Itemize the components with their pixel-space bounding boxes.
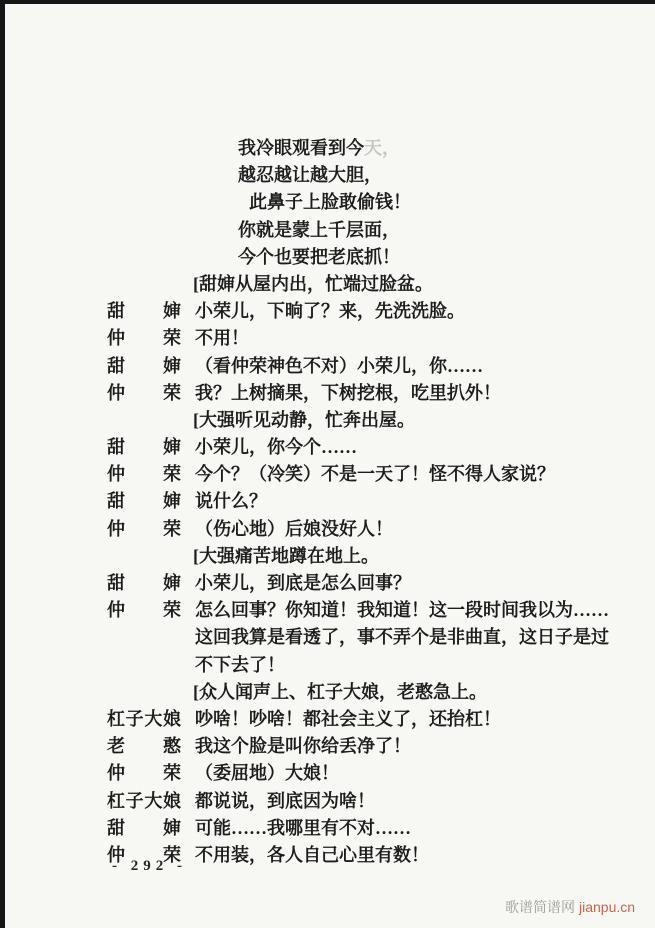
dialogue-row: 甜 婶 小荣儿，你今个…… (0, 434, 655, 461)
script-content: 我冷眼观看到今天， 越忍越让越大胆， 此鼻子上脸敢偷钱！ 你就是蒙上千层面， 今… (0, 135, 655, 869)
verse-line: 我冷眼观看到今天， (238, 135, 655, 162)
stage-direction: [甜婶从屋内出，忙端过脸盆。 (193, 271, 655, 298)
speaker-name: 老 憨 (107, 733, 181, 760)
speaker-name: 甜 婶 (107, 434, 181, 461)
dialogue-row: 仲 荣 （伤心地）后娘没好人！ (0, 516, 655, 543)
speaker-name: 仲 荣 (107, 461, 181, 488)
dialogue-row: 甜 婶 小荣儿，下晌了？来，先洗洗脸。 (0, 298, 655, 325)
speech-text: 我这个脸是叫你给丢净了！ (195, 733, 411, 760)
verse-text-faded: 天， (364, 138, 400, 158)
speech-text: 我？上树摘果，下树挖根，吃里扒外！ (195, 380, 501, 407)
dialogue-row: 甜 婶 小荣儿，到底是怎么回事？ (0, 570, 655, 597)
speech-text: 小荣儿，下晌了？来，先洗洗脸。 (195, 298, 465, 325)
speaker-name: 仲 荣 (107, 597, 181, 624)
watermark-site-name: 歌谱简谱网 (505, 899, 575, 915)
speech-line: 这回我算是看透了，事不弄个是非曲直，这日子是过 (195, 624, 609, 651)
dialogue-row: 仲 荣 不用！ (0, 325, 655, 352)
dialogue-row: 甜 婶 可能……我哪里有不对…… (0, 815, 655, 842)
verse-line: 此鼻子上脸敢偷钱！ (238, 189, 655, 216)
stage-direction: [大强听见动静，忙奔出屋。 (193, 407, 655, 434)
dialogue-row: 仲 荣 我？上树摘果，下树挖根，吃里扒外！ (0, 380, 655, 407)
speaker-name: 甜 婶 (107, 488, 181, 515)
dialogue-row: 甜 婶 说什么？ (0, 488, 655, 515)
speech-text: 都说说，到底因为啥！ (195, 788, 375, 815)
speech-text: （看仲荣神色不对）小荣儿，你…… (195, 353, 483, 380)
speech-text: 吵啥！吵啥！都社会主义了，还抬杠！ (195, 706, 501, 733)
watermark-domain: jianpu.cn (579, 899, 635, 915)
speech-text: （委屈地）大娘！ (195, 760, 339, 787)
dialogue-row: 仲 荣 不用装，各人自己心里有数！ (0, 842, 655, 869)
stage-direction: [众人闻声上、杠子大娘，老憨急上。 (193, 679, 655, 706)
verse-text: 此鼻子上脸敢偷钱！ (249, 192, 411, 212)
speaker-name: 甜 婶 (107, 570, 181, 597)
verse-block: 我冷眼观看到今天， 越忍越让越大胆， 此鼻子上脸敢偷钱！ 你就是蒙上千层面， 今… (238, 135, 655, 271)
speaker-name: 杠子大娘 (107, 788, 181, 815)
speech-text: 今个？（冷笑）不是一天了！怪不得人家说？ (195, 461, 555, 488)
speech-text: 怎么回事？你知道！我知道！这一段时间我以为…… 这回我算是看透了，事不弄个是非曲… (195, 597, 609, 679)
verse-text: 你就是蒙上千层面， (238, 220, 400, 240)
speaker-name: 仲 荣 (107, 760, 181, 787)
speech-text: 小荣儿，到底是怎么回事？ (195, 570, 411, 597)
verse-text: 我冷眼观看到今 (238, 138, 364, 158)
dialogue-row: 仲 荣 怎么回事？你知道！我知道！这一段时间我以为…… 这回我算是看透了，事不弄… (0, 597, 655, 679)
speaker-name: 仲 荣 (107, 516, 181, 543)
scan-edge-top (0, 0, 655, 4)
speech-line: 怎么回事？你知道！我知道！这一段时间我以为…… (195, 597, 609, 624)
speaker-name: 仲 荣 (107, 325, 181, 352)
page-number: - 292 - (112, 858, 187, 875)
dialogue-row: 杠子大娘 都说说，到底因为啥！ (0, 788, 655, 815)
speech-text: 小荣儿，你今个…… (195, 434, 357, 461)
dialogue-row: 仲 荣 （委屈地）大娘！ (0, 760, 655, 787)
speech-text: 不用！ (195, 325, 249, 352)
speech-text: 可能……我哪里有不对…… (195, 815, 411, 842)
speaker-name: 甜 婶 (107, 815, 181, 842)
verse-line: 越忍越让越大胆， (238, 162, 655, 189)
scanned-script-page: 我冷眼观看到今天， 越忍越让越大胆， 此鼻子上脸敢偷钱！ 你就是蒙上千层面， 今… (0, 0, 655, 928)
speaker-name: 仲 荣 (107, 380, 181, 407)
dialogue-row: 杠子大娘 吵啥！吵啥！都社会主义了，还抬杠！ (0, 706, 655, 733)
dialogue-row: 甜 婶 （看仲荣神色不对）小荣儿，你…… (0, 353, 655, 380)
speaker-name: 杠子大娘 (107, 706, 181, 733)
dialogue-row: 仲 荣 今个？（冷笑）不是一天了！怪不得人家说？ (0, 461, 655, 488)
speech-text: 不用装，各人自己心里有数！ (195, 842, 429, 869)
speaker-name: 甜 婶 (107, 353, 181, 380)
verse-line: 你就是蒙上千层面， (238, 217, 655, 244)
stage-direction: [大强痛苦地蹲在地上。 (193, 543, 655, 570)
speech-text: 说什么？ (195, 488, 267, 515)
verse-text: 今个也要把老底抓！ (238, 247, 400, 267)
speaker-name: 甜 婶 (107, 298, 181, 325)
dialogue-row: 老 憨 我这个脸是叫你给丢净了！ (0, 733, 655, 760)
verse-line: 今个也要把老底抓！ (238, 244, 655, 271)
watermark: 歌谱简谱网jianpu.cn (505, 897, 635, 917)
speech-line: 不下去了！ (195, 652, 609, 679)
verse-text: 越忍越让越大胆， (238, 165, 382, 185)
speech-text: （伤心地）后娘没好人！ (195, 516, 393, 543)
